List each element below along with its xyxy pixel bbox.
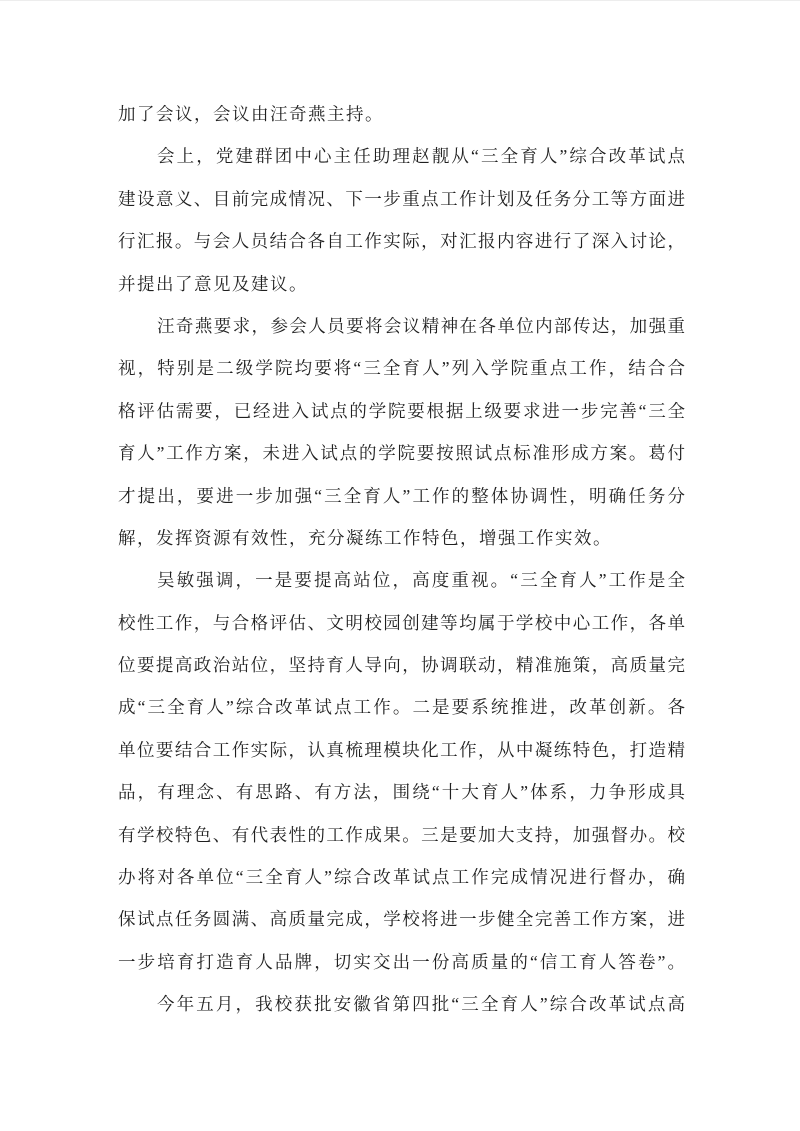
text-line: 育人”工作方案，未进入试点的学院要按照试点标准形成方案。葛付 <box>118 432 685 474</box>
text-line: 加了会议，会议由汪奇燕主持。 <box>118 93 685 135</box>
text-line: 建设意义、目前完成情况、下一步重点工作计划及任务分工等方面进 <box>118 178 685 220</box>
paragraph: 加了会议，会议由汪奇燕主持。 <box>118 93 685 135</box>
text-line: 办将对各单位“三全育人”综合改革试点工作完成情况进行督办，确 <box>118 856 685 898</box>
text-block: 加了会议，会议由汪奇燕主持。会上，党建群团中心主任助理赵靓从“三全育人”综合改革… <box>118 93 685 1026</box>
paragraph: 汪奇燕要求，参会人员要将会议精神在各单位内部传达，加强重视，特别是二级学院均要将… <box>118 305 685 559</box>
text-line: 单位要结合工作实际，认真梳理模块化工作，从中凝练特色，打造精 <box>118 729 685 771</box>
text-line: 保试点任务圆满、高质量完成，学校将进一步健全完善工作方案，进 <box>118 898 685 940</box>
text-line: 一步培育打造育人品牌，切实交出一份高质量的“信工育人答卷”。 <box>118 941 685 983</box>
text-line: 视，特别是二级学院均要将“三全育人”列入学院重点工作，结合合 <box>118 347 685 389</box>
text-line: 行汇报。与会人员结合各自工作实际，对汇报内容进行了深入讨论， <box>118 220 685 262</box>
paragraph: 今年五月，我校获批安徽省第四批“三全育人”综合改革试点高 <box>118 983 685 1025</box>
text-line: 成“三全育人”综合改革试点工作。二是要系统推进，改革创新。各 <box>118 686 685 728</box>
text-line: 汪奇燕要求，参会人员要将会议精神在各单位内部传达，加强重 <box>118 305 685 347</box>
text-line: 今年五月，我校获批安徽省第四批“三全育人”综合改革试点高 <box>118 983 685 1025</box>
text-line: 有学校特色、有代表性的工作成果。三是要加大支持，加强督办。校 <box>118 814 685 856</box>
paragraph: 会上，党建群团中心主任助理赵靓从“三全育人”综合改革试点建设意义、目前完成情况、… <box>118 135 685 305</box>
document-page: 加了会议，会议由汪奇燕主持。会上，党建群团中心主任助理赵靓从“三全育人”综合改革… <box>0 0 800 1131</box>
text-line: 校性工作，与合格评估、文明校园创建等均属于学校中心工作，各单 <box>118 602 685 644</box>
text-line: 解，发挥资源有效性，充分凝练工作特色，增强工作实效。 <box>118 517 685 559</box>
text-line: 位要提高政治站位，坚持育人导向，协调联动，精准施策，高质量完 <box>118 644 685 686</box>
text-line: 格评估需要，已经进入试点的学院要根据上级要求进一步完善“三全 <box>118 390 685 432</box>
text-line: 才提出，要进一步加强“三全育人”工作的整体协调性，明确任务分 <box>118 475 685 517</box>
text-line: 会上，党建群团中心主任助理赵靓从“三全育人”综合改革试点 <box>118 135 685 177</box>
text-line: 并提出了意见及建议。 <box>118 263 685 305</box>
text-line: 吴敏强调，一是要提高站位，高度重视。“三全育人”工作是全 <box>118 559 685 601</box>
paragraph: 吴敏强调，一是要提高站位，高度重视。“三全育人”工作是全校性工作，与合格评估、文… <box>118 559 685 983</box>
text-line: 品，有理念、有思路、有方法，围绕“十大育人”体系，力争形成具 <box>118 771 685 813</box>
